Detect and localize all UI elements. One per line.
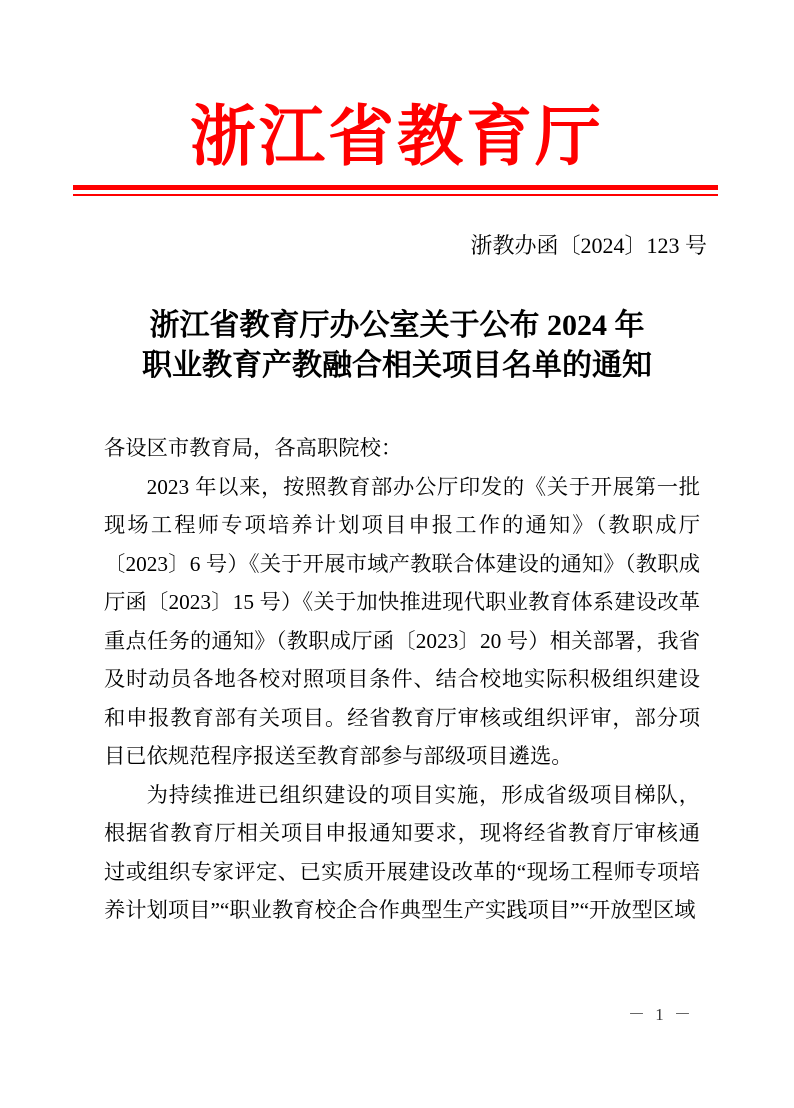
body-paragraph-1: 2023 年以来，按照教育部办公厅印发的《关于开展第一批现场工程师专项培养计划项… [104,468,700,776]
official-document-page: 浙江省教育厅 浙教办函〔2024〕123 号 浙江省教育厅办公室关于公布 202… [0,0,794,1108]
document-title: 浙江省教育厅办公室关于公布 2024 年 职业教育产教融合相关项目名单的通知 [0,306,794,386]
red-rule-thick-line [73,185,718,190]
red-rule-thin-line [73,194,718,196]
salutation-line: 各设区市教育局，各高职院校： [104,429,700,468]
document-body: 各设区市教育局，各高职院校： 2023 年以来，按照教育部办公厅印发的《关于开展… [104,429,700,930]
letterhead-agency-name: 浙江省教育厅 [0,103,794,173]
body-paragraph-2: 为持续推进已组织建设的项目实施，形成省级项目梯队，根据省教育厅相关项目申报通知要… [104,776,700,930]
document-title-line-2: 职业教育产教融合相关项目名单的通知 [142,349,652,382]
page-number: － 1 － [628,1000,694,1025]
red-double-rule [73,185,718,196]
document-reference-number: 浙教办函〔2024〕123 号 [470,233,707,259]
document-title-line-1: 浙江省教育厅办公室关于公布 2024 年 [150,309,645,342]
